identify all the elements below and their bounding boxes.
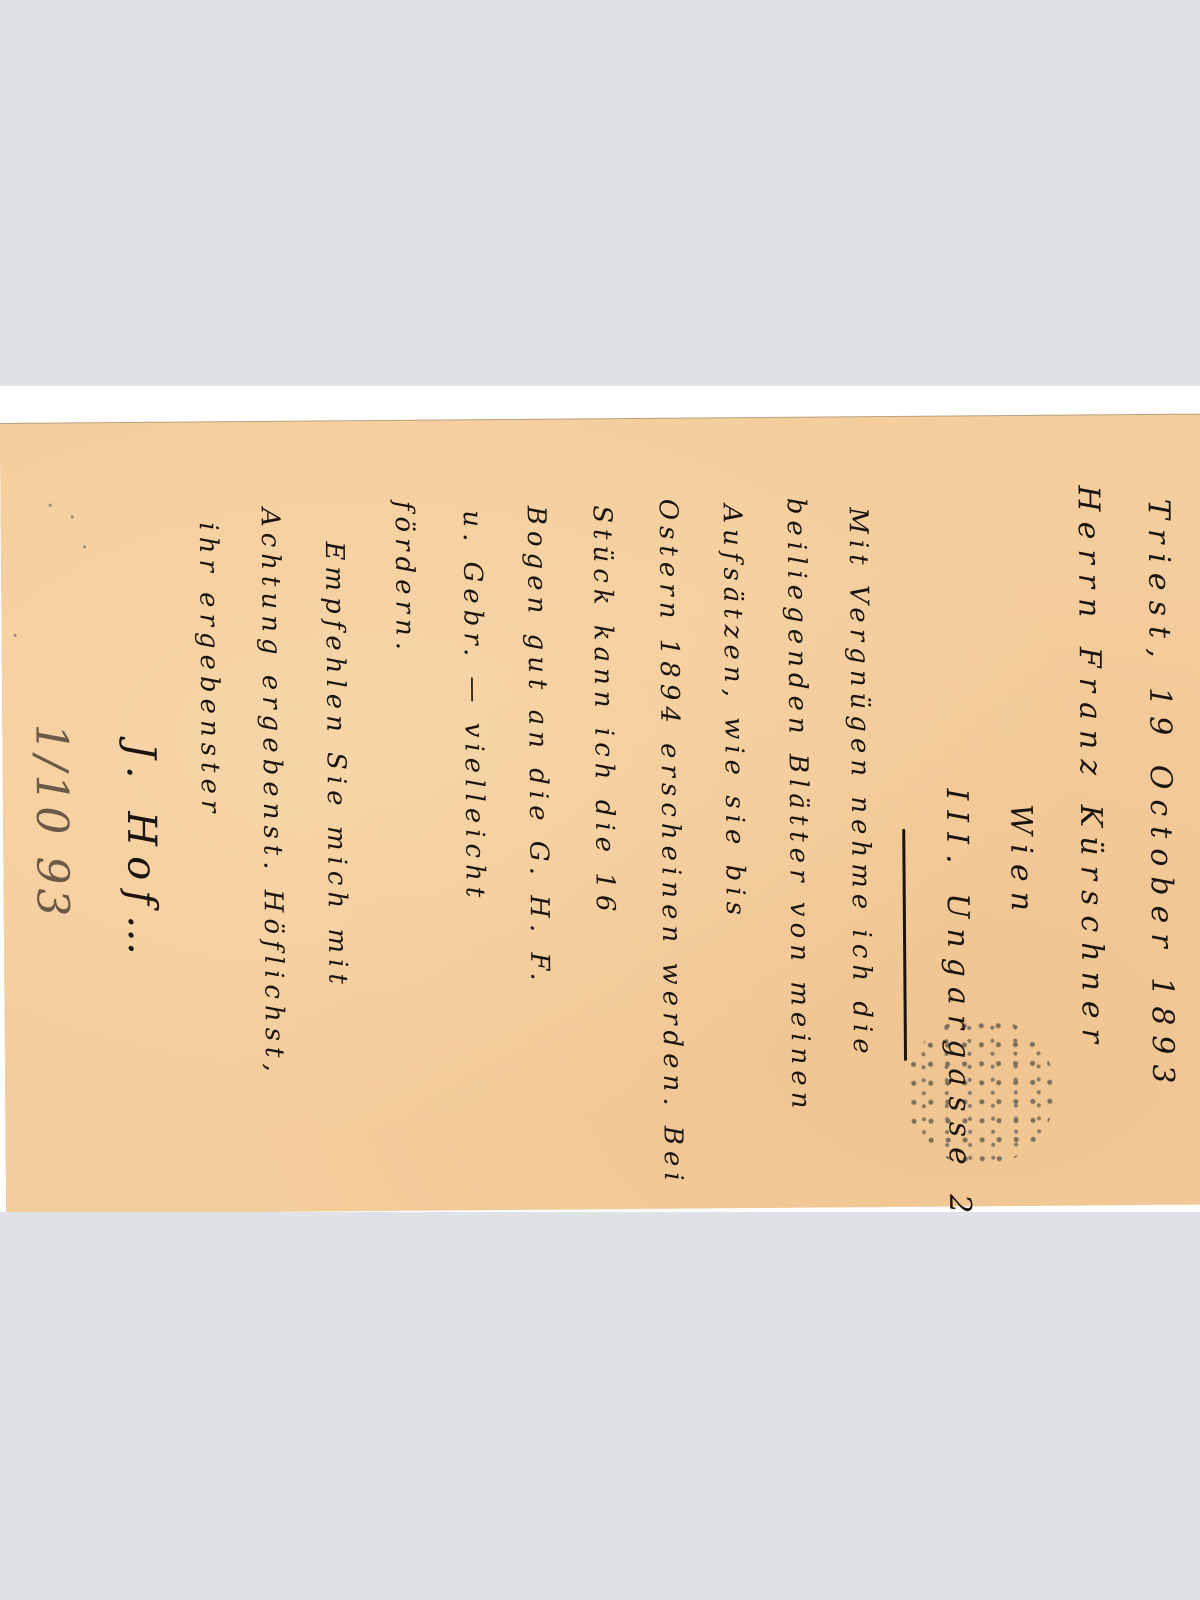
street-underline [902,829,907,1061]
postcard: Triest, 19 October 1893 Herrn Franz Kürs… [0,414,1200,1212]
city-line: Wien [1005,804,1036,921]
body-line-7: u. Gebr. — vielleicht [459,510,488,903]
body-line-10: Achtung ergebenst. Höflichst, [257,508,287,1078]
body-line-2: beiliegenden Blätter von meinen [783,498,814,1115]
ink-speck [71,515,74,518]
signature: J. Hof… [121,743,163,965]
body-line-3: Aufsätzen, wie sie bis [719,504,748,921]
recipient-line: Herrn Franz Kürschner [1073,485,1107,1053]
ink-speck [49,504,52,507]
postmark-stamp [905,1016,1056,1167]
body-line-5: Stück kann ich die 16 [589,505,618,917]
body-line-1: Mit Vergnügen nehme ich die [845,507,875,1060]
body-line-4: Ostern 1894 erscheinen werden. Bei [655,499,686,1187]
body-line-11: ihr ergebenster [195,522,223,818]
pencil-annotation: 1/10 93 [28,723,74,920]
scanned-page: Triest, 19 October 1893 Herrn Franz Kürs… [0,386,1200,1212]
street-line: III. Ungargasse 27 [941,788,975,1212]
place-date-line: Triest, 19 October 1893 [1143,499,1178,1094]
body-line-9: Empfehlen Sie mich mit [321,541,351,990]
body-line-8: fördern. [391,501,418,656]
ink-speck [14,634,17,637]
ink-speck [83,545,86,548]
body-line-6: Bogen gut an die G. H. F. [523,506,553,987]
